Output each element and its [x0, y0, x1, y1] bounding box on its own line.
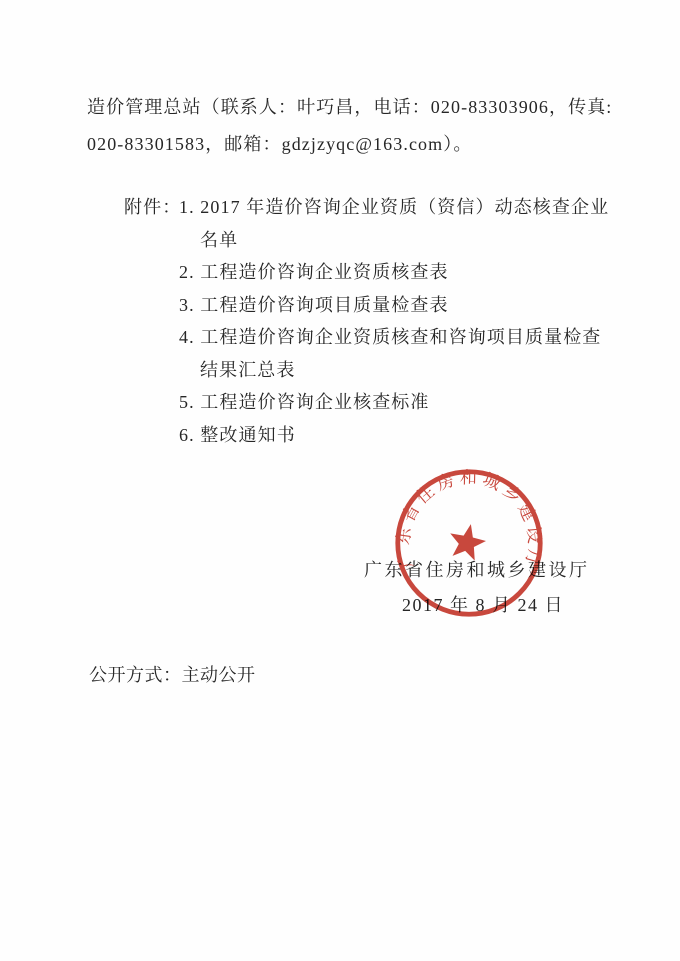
attachment-item-1-line-2: 名单	[200, 231, 238, 249]
attachment-item-6: 6. 整改通知书	[179, 426, 296, 444]
attachment-item-2: 2. 工程造价咨询企业资质核查表	[179, 263, 449, 281]
document-page: 造价管理总站（联系人：叶巧昌，电话：020-83303906，传真: 020-8…	[0, 0, 680, 961]
attachment-item-4-line-1: 4. 工程造价咨询企业资质核查和咨询项目质量检查	[179, 328, 601, 346]
contact-paragraph-line-2: 020-83301583，邮箱：gdzjzyqc@163.com）。	[87, 135, 472, 153]
attachment-item-1-line-1: 1. 2017 年造价咨询企业资质（资信）动态核查企业	[179, 198, 609, 216]
attachment-item-3: 3. 工程造价咨询项目质量检查表	[179, 296, 449, 314]
attachment-item-5: 5. 工程造价咨询企业核查标准	[179, 393, 430, 411]
seal-star-icon	[446, 520, 489, 562]
official-seal: 广东省住房和城乡建设厅	[392, 466, 546, 620]
attachment-item-4-line-2: 结果汇总表	[200, 361, 296, 379]
attachment-label: 附件：	[124, 198, 181, 216]
disclosure-line: 公开方式：主动公开	[89, 666, 256, 684]
contact-paragraph-line-1: 造价管理总站（联系人：叶巧昌，电话：020-83303906，传真:	[87, 98, 612, 116]
svg-text:广东省住房和城乡建设厅: 广东省住房和城乡建设厅	[394, 468, 545, 574]
seal-ring-text: 广东省住房和城乡建设厅	[394, 468, 545, 574]
